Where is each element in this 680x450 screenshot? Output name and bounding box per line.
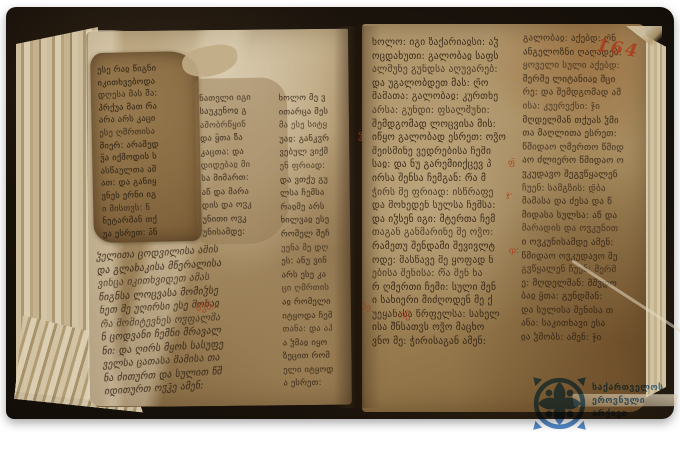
manuscript-line: მამათა: გალობაჲ: კურთხე [372, 90, 514, 104]
manuscript-line: ოცდახუთი: გალობაჲ საფს [372, 50, 514, 64]
manuscript-line: ისა შ̃ნსათჳს ოჳ̃ო მაცხო [372, 321, 514, 335]
manuscript-line: აჲ რომელი [282, 295, 348, 310]
rubric-mark: მჴწ჻ [195, 301, 216, 314]
manuscript-line: და მოხედენ სულსა ჩემსა: [372, 199, 514, 213]
manuscript-line: და იჴსენ იგი: მტერთა ჩემ [372, 213, 514, 227]
manuscript-line: უაჲ: განკჳრ [279, 132, 345, 147]
manuscript-line: ცი ღმრთის [282, 282, 348, 297]
manuscript-line: რე: და შემდგომად ამ [523, 87, 649, 101]
manuscript-line: ამობრწყინ [200, 118, 278, 133]
rubric-mark: ჻ [362, 52, 366, 62]
manuscript-line: ხოლო: იგი ზაქარიაჲსი: აჴ [372, 36, 514, 50]
rubric-mark: ჰ̃ე [362, 303, 371, 313]
manuscript-line: მიდასა სულსა: აწ და [522, 209, 648, 223]
manuscript-line: რომელ მეჩ [281, 227, 347, 242]
rubric-mark: ჶ: [509, 246, 519, 256]
manuscript-line: ა ჴმაჲ იყო [283, 336, 349, 351]
manuscript-line: მამასა და ძესა და წ [522, 196, 648, 210]
manuscript-line: თაგან განმარინე მე ოჳ̃ო: [372, 226, 514, 240]
rubric-mark: ჯ· [506, 190, 513, 200]
manuscript-line: ყოველი სული აქებდ: [523, 60, 649, 74]
manuscript-line: შემდგომად ლოცვისა მის: [372, 118, 514, 132]
manuscript-line: ებისა შენისა: რ̃ა შენ ხა [372, 267, 514, 281]
rosette-cross-icon [532, 376, 587, 431]
manuscript-line: ჳკუდავო შეგჳწყალენ [522, 168, 648, 182]
manuscript-line: უეყანასა წრფელსა: სახელ [372, 308, 514, 322]
watermark-line: ეროვნული [592, 395, 664, 408]
manuscript-line: თანა: და აჰ [282, 323, 348, 338]
manuscript-line: ანა: საკითხავი ესა [521, 318, 647, 332]
manuscript-line: და ვთქუ გუ [280, 173, 346, 188]
manuscript-line: უენა მე დღ [281, 241, 347, 256]
manuscript-line: ნათელი იგი [199, 91, 277, 106]
manuscript-line: წმიდაო ღმერთო წმიდ [522, 141, 648, 155]
manuscript-line: არს ესე კა [281, 268, 347, 283]
manuscript-line: დის და ოჳკ [202, 198, 280, 213]
manuscript-line: ითარცა მეს [279, 105, 345, 120]
manuscript-line: მერმე ლიტანიაჲ მცი [523, 73, 649, 87]
text-block-left-lower: ჴელითა ცოდვილისა ამისდა გლახაკისა მწერალ… [96, 242, 255, 399]
manuscript-photo: ესე რაჲ წიგნიიკითხვებოდადღესა მას შ̃ა:ჰრ… [0, 0, 680, 450]
manuscript-line: ლსა ჩემსა [280, 187, 346, 202]
manuscript-line: ელი იტყოდ [283, 363, 349, 378]
text-block-patch: ესე რაჲ წიგნიიკითხვებოდადღესა მას შ̃ა:ჰრ… [97, 61, 197, 240]
manuscript-line: მღდელმან თქუას ჴმი [522, 114, 648, 128]
rubric-mark: ჴ̃ [358, 132, 362, 142]
watermark-line: არქივი [592, 408, 664, 421]
text-block-right-column1: ხოლო: იგი ზაქარიაჲსი: აჴოცდახუთი: გალობა… [372, 36, 514, 349]
manuscript-line: ე: მღდელმან: მშჳდო [521, 277, 647, 291]
manuscript-line: ა ესრეთ: [283, 377, 349, 392]
manuscript-line: საჲ: და ნუ გარემიიქცევ პ [372, 158, 514, 172]
manuscript-line: ი ოჳკუნისამდე ამენ: [522, 236, 648, 250]
manuscript-line: და უგალობდეთ მას: ღ̃ო [372, 77, 514, 91]
manuscript-line: წმიდაო ოჳკუდავო შე [521, 250, 647, 264]
manuscript-line: რამეთუ შენდამი შევივლტ [372, 240, 514, 254]
manuscript-line: ალმუნე გუნდსა აღუვარებ: [372, 63, 514, 77]
manuscript-line: ჭირს მე ფრიად: ისწრაფე [372, 186, 514, 200]
manuscript-line: ხილვაჲ ესე [281, 214, 347, 229]
manuscript-line: რ ღმერთი ჩემი: სული შენ [372, 281, 514, 295]
manuscript-line: ი სახიერი მიძღოდენ მე ქ [372, 294, 514, 308]
manuscript-line: იტყოდა ჩემ [282, 309, 348, 324]
manuscript-line: არსა: გუნდი: ფსალმუნი: [372, 104, 514, 118]
rubric-mark: ოჳ̃ [398, 310, 410, 321]
watermark-line: საქართველოს [592, 382, 664, 395]
manuscript-line: ჲა ჴმობს: ამენ: ჯ̃ი [521, 332, 647, 346]
manuscript-line: შეისმინე ვედრებისა ჩემი [372, 145, 514, 159]
manuscript-line: ირსა შენსა ჩემგან: რ̃ა მ [372, 172, 514, 186]
manuscript-line: ხოლო მე ვ [278, 91, 344, 106]
manuscript-line: რაჲმე არს [280, 200, 346, 215]
manuscript-line: უნისამდე: [203, 225, 281, 240]
manuscript-line: დიდებაჲ მი [201, 158, 279, 173]
manuscript-line: ჩუენ: სამგზის: დ̃ბა [522, 182, 648, 196]
manuscript-line: ენ ფრიად: [280, 159, 346, 174]
manuscript-line: თა მაღლითა ესრეთ: [522, 128, 648, 142]
manuscript-line: ვებულ ვიქმ [279, 146, 345, 161]
rubric-mark: ფ̃ [508, 158, 515, 168]
manuscript-line: აო ძლიერო წმიდაო ო [522, 155, 648, 169]
text-block-left-right-column: ხოლო მე ვითარცა მესმა ესე სიტყუაჲ: განკჳ… [278, 91, 349, 391]
manuscript-line: და სულისა შენისა თ [521, 304, 647, 318]
manuscript-line: ეს: ანუ ვინ [281, 255, 347, 270]
manuscript-line: ისა: კუერექსი: ჯ̃ი [523, 101, 649, 115]
manuscript-line: ზეცით რომ [283, 350, 349, 365]
archive-watermark: საქართველოს ეროვნული არქივი [532, 375, 668, 433]
manuscript-line: ვნო მე: ჭირისაგან ამენ: [372, 335, 514, 349]
manuscript-line: იწყო გალობად ესრეთ: ოჳ̃ო [372, 131, 514, 145]
watermark-text: საქართველოს ეროვნული არქივი [592, 382, 664, 421]
manuscript-line: ოდე: მასწავე მე ყოფად ნ [372, 254, 514, 268]
manuscript-line: მა ესე სიტყ [279, 119, 345, 134]
text-block-left-middle-column: ნათელი იგისაუკუნოჲ გამობრწყინდა ყ̃თა ზ̃ა… [199, 91, 281, 240]
manuscript-line: მარადის და ოჳკუნით [522, 223, 648, 237]
